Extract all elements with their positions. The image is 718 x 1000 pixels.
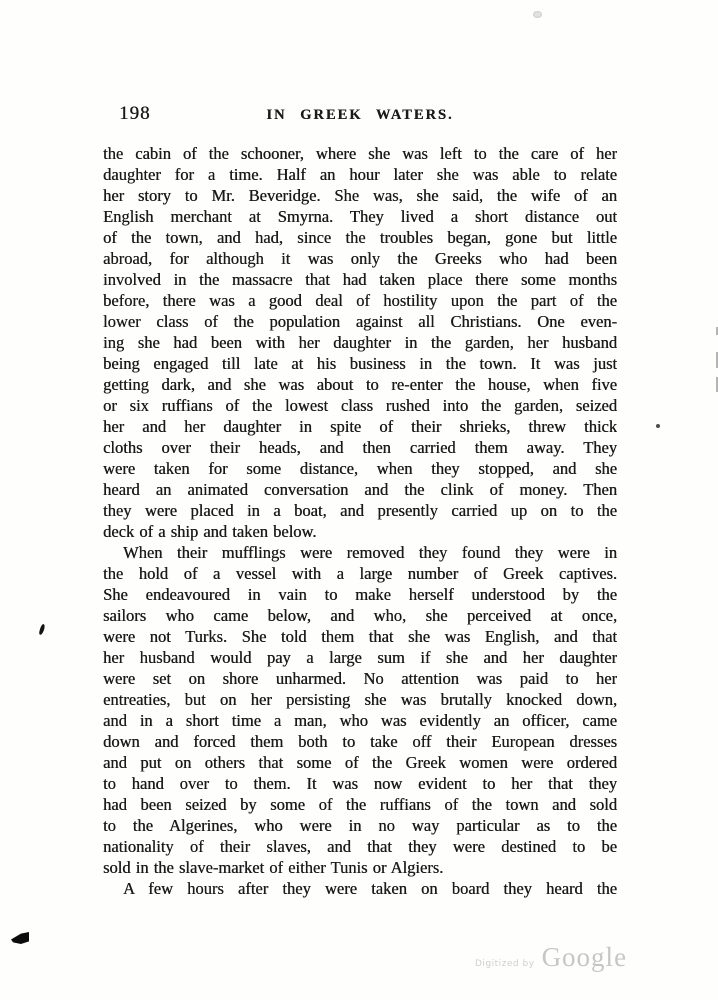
running-title: IN GREEK WATERS. bbox=[103, 107, 617, 124]
text-line: to the Algerines, who were in no way par… bbox=[103, 815, 617, 836]
text-line: being engaged till late at his business … bbox=[103, 353, 617, 374]
text-line: A few hours after they were taken on boa… bbox=[103, 878, 617, 899]
text-line: involved in the massacre that had taken … bbox=[103, 269, 617, 290]
text-block: the cabin of the schooner, where she was… bbox=[103, 143, 617, 899]
text-line: before, there was a good deal of hostili… bbox=[103, 290, 617, 311]
page-header: 198 IN GREEK WATERS. bbox=[103, 103, 617, 127]
text-line: entreaties, but on her persisting she wa… bbox=[103, 689, 617, 710]
text-line: of the town, and had, since the troubles… bbox=[103, 227, 617, 248]
text-line: ing she had been with her daughter in th… bbox=[103, 332, 617, 353]
text-line: abroad, for although it was only the Gre… bbox=[103, 248, 617, 269]
ink-blot-mark bbox=[11, 932, 29, 944]
text-line: had been seized by some of the ruffians … bbox=[103, 794, 617, 815]
text-line: and put on others that some of the Greek… bbox=[103, 752, 617, 773]
text-line: English merchant at Smyrna. They lived a… bbox=[103, 206, 617, 227]
book-page: 198 IN GREEK WATERS. the cabin of the sc… bbox=[0, 0, 718, 1000]
smudge-artifact bbox=[533, 11, 542, 18]
text-line: When their mufflings were removed they f… bbox=[103, 542, 617, 563]
text-line: sold in the slave-market of either Tunis… bbox=[103, 857, 617, 878]
text-line: She endeavoured in vain to make herself … bbox=[103, 584, 617, 605]
watermark-prefix: Digitized by bbox=[475, 959, 535, 969]
text-line: her story to Mr. Beveridge. She was, she… bbox=[103, 185, 617, 206]
text-line: were not Turks. She told them that she w… bbox=[103, 626, 617, 647]
text-line: heard an animated conversation and the c… bbox=[103, 479, 617, 500]
text-line: cloths over their heads, and then carrie… bbox=[103, 437, 617, 458]
text-line: the cabin of the schooner, where she was… bbox=[103, 143, 617, 164]
text-line: deck of a ship and taken below. bbox=[103, 521, 617, 542]
text-line: sailors who came below, and who, she per… bbox=[103, 605, 617, 626]
text-line: her and her daughter in spite of their s… bbox=[103, 416, 617, 437]
text-line: and in a short time a man, who was evide… bbox=[103, 710, 617, 731]
text-line: or six ruffians of the lowest class rush… bbox=[103, 395, 617, 416]
text-line: nationality of their slaves, and that th… bbox=[103, 836, 617, 857]
text-line: were taken for some distance, when they … bbox=[103, 458, 617, 479]
text-line: getting dark, and she was about to re-en… bbox=[103, 374, 617, 395]
text-line: were set on shore unharmed. No attention… bbox=[103, 668, 617, 689]
text-line: lower class of the population against al… bbox=[103, 311, 617, 332]
text-line: daughter for a time. Half an hour later … bbox=[103, 164, 617, 185]
dot-artifact bbox=[656, 424, 660, 428]
text-line: the hold of a vessel with a large number… bbox=[103, 563, 617, 584]
text-line: her husband would pay a large sum if she… bbox=[103, 647, 617, 668]
text-line: to hand over to them. It was now evident… bbox=[103, 773, 617, 794]
text-line: they were placed in a boat, and presentl… bbox=[103, 500, 617, 521]
google-watermark: Digitized by Google bbox=[475, 944, 627, 971]
google-logo: Google bbox=[542, 944, 627, 971]
margin-tick-mark bbox=[38, 624, 45, 636]
text-line: down and forced them both to take off th… bbox=[103, 731, 617, 752]
